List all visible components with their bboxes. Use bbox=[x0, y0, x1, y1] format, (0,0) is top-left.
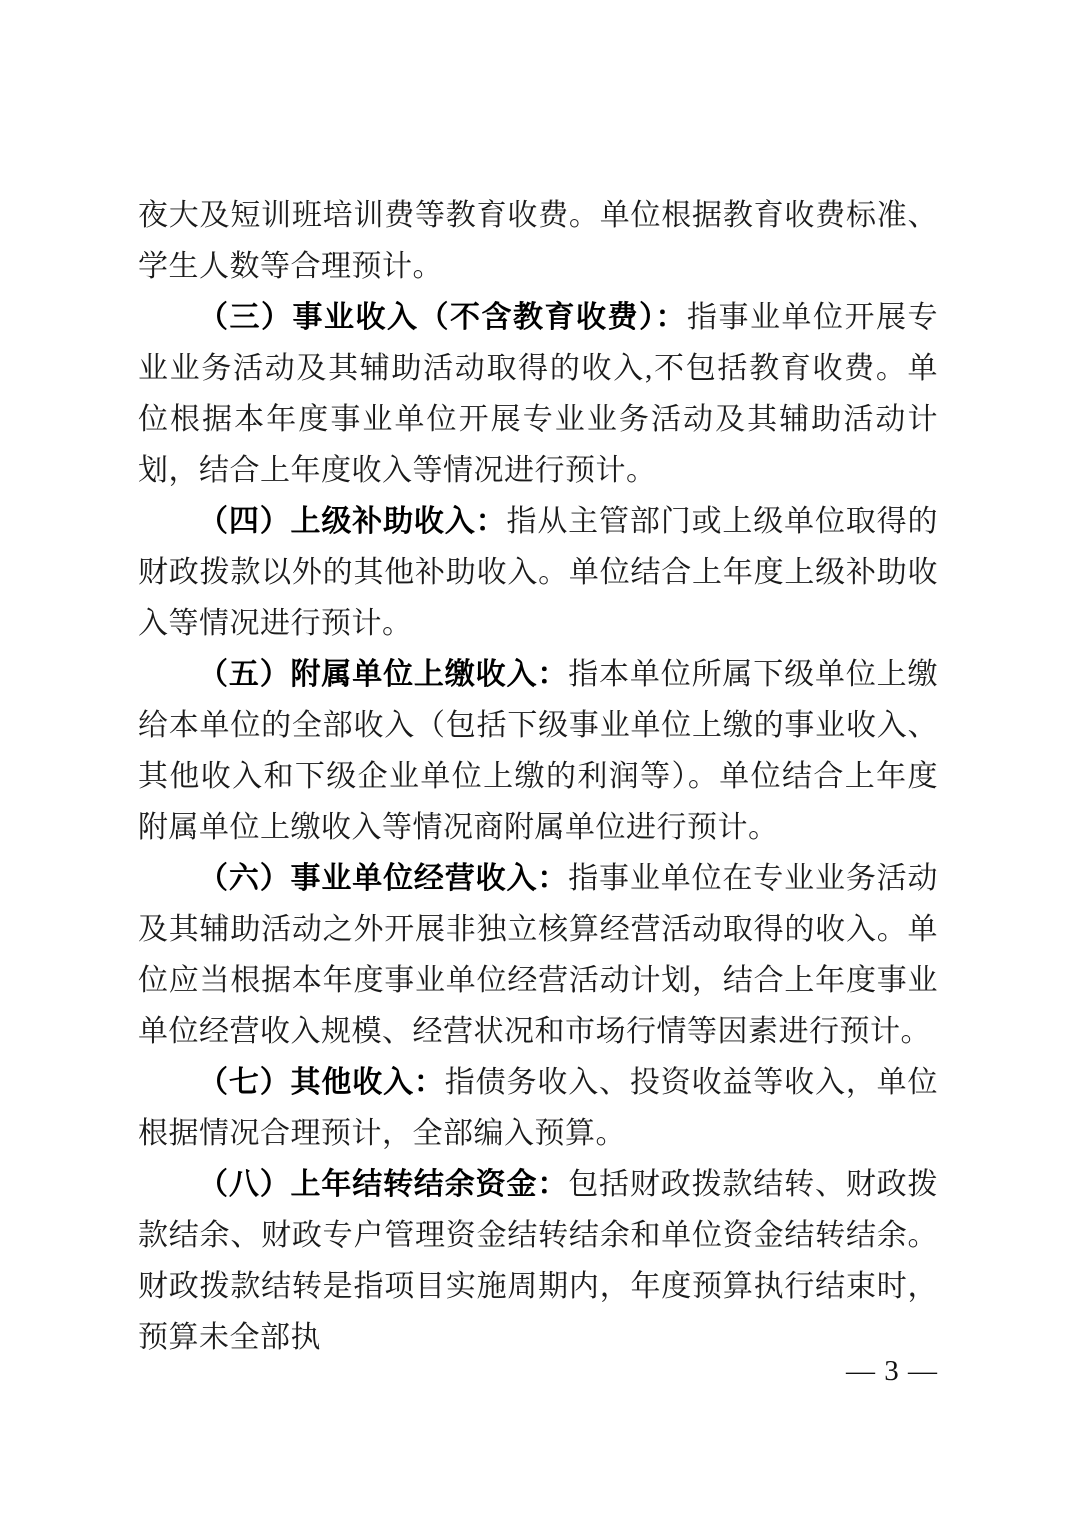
page-number: — 3 — bbox=[138, 1351, 938, 1391]
paragraph-heading: （三）事业收入（不含教育收费）： bbox=[198, 301, 687, 334]
paragraph: （三）事业收入（不含教育收费）：指事业单位开展专业业务活动及其辅助活动取得的收入… bbox=[138, 292, 938, 496]
paragraph-heading: （五）附属单位上缴收入： bbox=[198, 658, 568, 691]
paragraph: （六）事业单位经营收入：指事业单位在专业业务活动及其辅助活动之外开展非独立核算经… bbox=[138, 853, 938, 1057]
paragraph-text: 夜大及短训班培训费等教育收费。单位根据教育收费标准、学生人数等合理预计。 bbox=[138, 199, 938, 283]
paragraph: （五）附属单位上缴收入：指本单位所属下级单位上缴给本单位的全部收入（包括下级事业… bbox=[138, 649, 938, 853]
paragraph: 夜大及短训班培训费等教育收费。单位根据教育收费标准、学生人数等合理预计。 bbox=[138, 190, 938, 292]
paragraph-heading: （四）上级补助收入： bbox=[198, 505, 506, 538]
paragraph: （四）上级补助收入：指从主管部门或上级单位取得的财政拨款以外的其他补助收入。单位… bbox=[138, 496, 938, 649]
paragraph-heading: （八）上年结转结余资金： bbox=[198, 1168, 568, 1201]
document-body: 夜大及短训班培训费等教育收费。单位根据教育收费标准、学生人数等合理预计。（三）事… bbox=[138, 190, 938, 1363]
paragraph-heading: （七）其他收入： bbox=[198, 1066, 445, 1099]
paragraph-heading: （六）事业单位经营收入： bbox=[198, 862, 568, 895]
document-page: 夜大及短训班培训费等教育收费。单位根据教育收费标准、学生人数等合理预计。（三）事… bbox=[0, 0, 1074, 1520]
paragraph: （八）上年结转结余资金：包括财政拨款结转、财政拨款结余、财政专户管理资金结转结余… bbox=[138, 1159, 938, 1363]
paragraph: （七）其他收入：指债务收入、投资收益等收入，单位根据情况合理预计，全部编入预算。 bbox=[138, 1057, 938, 1159]
